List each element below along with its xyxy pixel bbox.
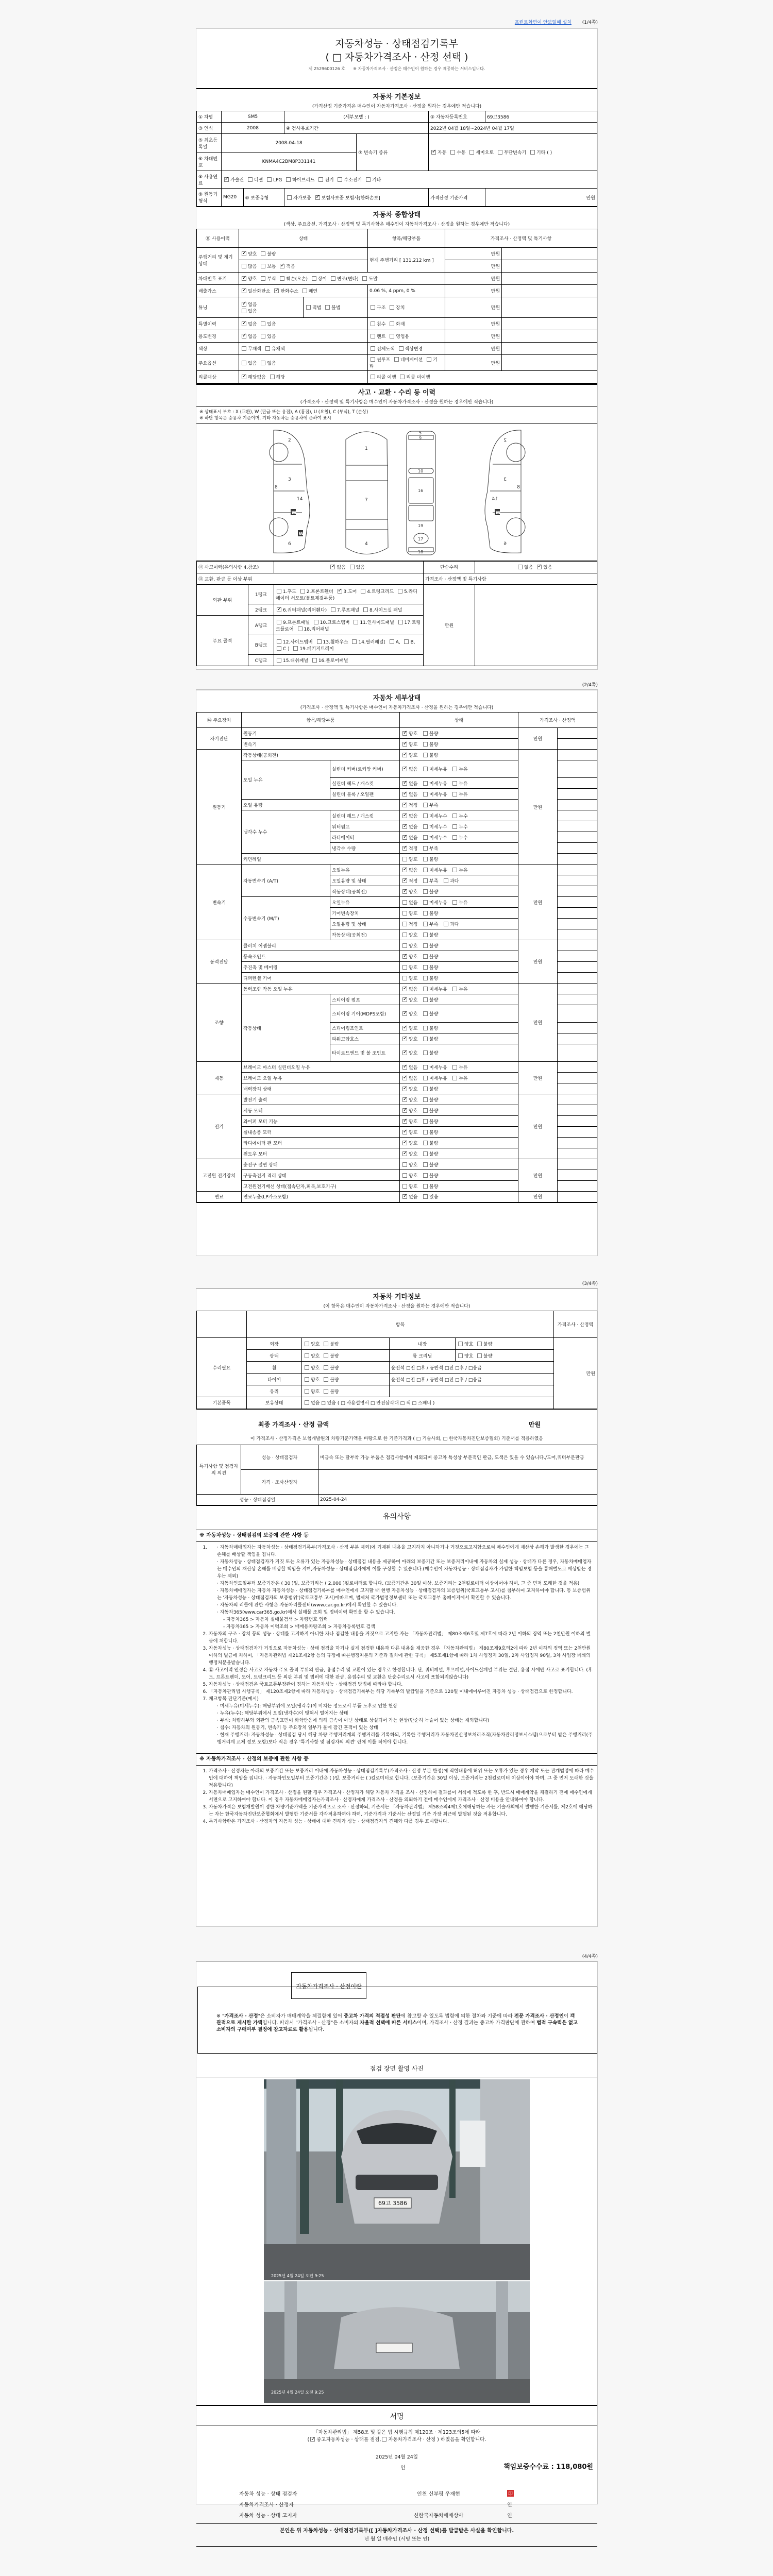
checkbox[interactable] [286, 177, 291, 182]
checkbox[interactable] [423, 1011, 428, 1016]
checkbox[interactable] [280, 264, 284, 268]
checkbox-label: 10.크로스멤버 [320, 620, 350, 625]
checkbox[interactable] [402, 987, 407, 991]
first-reg: 2008-04-18 [222, 134, 357, 152]
checkbox[interactable] [267, 177, 272, 182]
checkbox[interactable] [402, 824, 407, 829]
accident-table: ⑫ 사고이력(유의사항 4.참조)없음 있음 단순수리없음 있음 ⑬ 교환, 판… [196, 561, 597, 667]
checkbox[interactable] [402, 1050, 407, 1055]
checkbox[interactable] [423, 911, 428, 916]
serial-note: ※ 자동차가격조사 · 산정은 매수인이 원하는 경우 제공하는 서비스입니다. [353, 66, 485, 71]
checkbox[interactable] [371, 334, 375, 338]
checkbox-label: 색상변경 [405, 347, 423, 352]
checkbox[interactable] [362, 276, 367, 281]
price-unit: 만원 [518, 865, 558, 940]
checkbox[interactable] [402, 911, 407, 916]
detail-subitem: 실린더 커버(로커암 커버) [330, 760, 400, 778]
detail-item: 동력조향 작동 오일 누유 [242, 984, 400, 994]
checkbox[interactable] [423, 792, 428, 796]
checkbox-label: 3.도어 [344, 589, 357, 595]
checkbox[interactable] [371, 305, 375, 310]
svg-text:3: 3 [288, 477, 291, 482]
checkbox[interactable] [242, 334, 246, 338]
svg-text:W: W [299, 532, 304, 537]
svg-text:19: 19 [418, 523, 423, 528]
checkbox[interactable] [402, 767, 407, 771]
checkbox[interactable] [390, 305, 394, 310]
checkbox[interactable] [452, 835, 457, 840]
checkbox[interactable] [314, 620, 318, 624]
serial-line: 제 2529600126 호 ※ 자동차가격조사 · 산정은 매수인이 원하는 … [196, 66, 597, 72]
checkbox-label: 전체도색 [377, 347, 395, 352]
checkbox[interactable] [402, 1011, 407, 1016]
checkbox[interactable] [306, 305, 311, 310]
detail-subitem: 라디에이터 [330, 832, 400, 843]
checkbox[interactable] [242, 361, 246, 365]
checkbox-label: 무단변속기 [504, 150, 526, 156]
svg-text:6: 6 [288, 541, 291, 547]
checkbox[interactable] [280, 276, 284, 281]
checkbox[interactable] [354, 620, 358, 624]
checkbox[interactable] [423, 1162, 428, 1167]
svg-text:W: W [496, 511, 501, 516]
checkbox[interactable] [402, 997, 407, 1002]
top-bar-2: (2/4쪽) [196, 681, 598, 688]
checkbox[interactable] [390, 639, 394, 644]
checkbox[interactable] [325, 305, 330, 310]
checkbox-label: 렌트 [377, 334, 385, 340]
checkbox[interactable] [298, 626, 303, 631]
checkbox[interactable] [390, 321, 394, 326]
stamp: 印 [507, 2490, 514, 2497]
checkbox-label: 14.필러패널( [358, 640, 385, 645]
checkbox[interactable] [242, 251, 246, 256]
checkbox[interactable] [423, 965, 428, 970]
checkbox[interactable] [242, 375, 246, 379]
checkbox-label: 적음 [286, 264, 295, 269]
checkbox[interactable] [537, 565, 542, 569]
checkbox[interactable] [423, 997, 428, 1002]
page-1: 자동차성능 · 상태점검기록부 ( □ 자동차가격조사 · 산정 선택 ) 제 … [196, 28, 598, 670]
checkbox[interactable] [261, 334, 265, 338]
checkbox[interactable] [518, 565, 523, 569]
detail-item: 구동축전지 격리 상태 [242, 1170, 400, 1181]
svg-text:5: 5 [419, 431, 422, 435]
checkbox[interactable] [399, 346, 404, 351]
checkbox[interactable] [261, 321, 265, 326]
checkbox-label: 리콜 미이행 [406, 375, 430, 380]
checkbox[interactable] [423, 1076, 428, 1080]
checkbox[interactable] [371, 375, 375, 379]
checkbox[interactable] [423, 1065, 428, 1070]
checkbox[interactable] [277, 639, 281, 644]
checkbox[interactable] [423, 835, 428, 840]
checkbox[interactable] [452, 767, 457, 771]
checkbox-label: 13.휠하우스 [323, 640, 348, 645]
checkbox[interactable] [402, 1194, 407, 1199]
checkbox[interactable] [402, 1065, 407, 1070]
checkbox[interactable] [423, 943, 428, 948]
checkbox-label: 기타 ( ) [536, 150, 552, 156]
page-2: 자동차 세부상태 (가격조사 · 산정액 및 특기사항은 매수인이 자동차가격조… [196, 689, 598, 1256]
checkbox[interactable] [312, 276, 316, 281]
checkbox[interactable] [242, 309, 246, 313]
checkbox[interactable] [423, 954, 428, 959]
price-unit: 만원 [445, 285, 502, 297]
engine-type: MG20 [222, 189, 243, 206]
checkbox[interactable] [338, 589, 342, 594]
inspection-photo-rear: 2025년 4월 24일 오전 9:25 [264, 2281, 530, 2403]
svg-text:18: 18 [418, 550, 423, 554]
checkbox[interactable] [423, 731, 428, 736]
checkbox[interactable] [242, 302, 246, 307]
vin: KNMA4C2BM8P331141 [222, 152, 357, 171]
detail-item: 디퍼렌셜 기어 [242, 973, 400, 984]
detail-subitem: 오일유량 및 상태 [330, 875, 400, 886]
price-unit: 만원 [518, 728, 558, 750]
detail-item: 클러치 어셈블리 [242, 940, 400, 951]
checkbox[interactable] [270, 375, 275, 379]
checkbox[interactable] [242, 346, 246, 351]
checkbox[interactable] [402, 846, 407, 851]
checkbox[interactable] [363, 607, 368, 612]
checkbox[interactable] [371, 321, 375, 326]
checkbox[interactable] [402, 878, 407, 883]
checkbox[interactable] [300, 589, 305, 594]
mileage-value: 현재 주행거리 [ 131,212 km ] [368, 248, 445, 273]
checkbox[interactable] [402, 900, 407, 905]
checkbox[interactable] [330, 565, 335, 569]
checkbox[interactable] [402, 753, 407, 757]
signature-section: 서명 「자동차관리법」 제58조 및 같은 법 시행규칙 제120조 · 제12… [196, 2405, 597, 2547]
fuel-options: 가솔린 디젤 LPG 하이브리드 전기 수소전기 기타 [222, 171, 597, 189]
overall-row-label: 주요옵션 [197, 355, 239, 371]
checkbox[interactable] [317, 639, 322, 644]
print-install-link[interactable]: 프린트화면이 안보일때 설치 [515, 20, 572, 25]
checkbox[interactable] [452, 1065, 457, 1070]
checkbox[interactable] [402, 1130, 407, 1134]
price-unit: 만원 [518, 750, 558, 865]
device-group-label: 자기진단 [197, 728, 242, 750]
checkbox[interactable] [450, 150, 455, 155]
note-item: 자동차매매업자는 매수인이 가격조사 · 산정을 원할 경우 가격조사 · 산정… [209, 1789, 594, 1804]
notes-body: ※ 자동차성능 · 상태점검의 보증에 관한 사항 등 자동차매매업자는 자동차… [196, 1526, 597, 1827]
svg-text:16: 16 [418, 488, 423, 493]
checkbox-label: 자동 [438, 150, 446, 156]
checkbox[interactable] [261, 251, 265, 256]
base-price-label: 가격산정 기준가격 [429, 189, 485, 207]
checkbox[interactable] [402, 1173, 407, 1178]
signature-law: 「자동차관리법」 제58조 및 같은 법 시행규칙 제120조 · 제123조의… [196, 2426, 597, 2436]
checkbox[interactable] [423, 933, 428, 937]
checkbox[interactable] [423, 781, 428, 786]
checkbox[interactable] [402, 1162, 407, 1167]
checkbox[interactable] [394, 357, 399, 362]
checkbox[interactable] [352, 639, 357, 644]
other-title: 자동차 기타정보 [196, 1289, 597, 1301]
checkbox[interactable] [402, 781, 407, 786]
checkbox[interactable] [261, 264, 265, 268]
checkbox[interactable] [402, 976, 407, 980]
checkbox[interactable] [331, 276, 335, 281]
overall-header-usage: ⑪ 사용이력 [197, 229, 239, 248]
checkbox-label: 변조(변타) [337, 277, 359, 282]
checkbox[interactable] [427, 357, 431, 362]
overall-row-label: 배출가스 [197, 285, 239, 297]
checkbox[interactable] [277, 607, 281, 612]
detail-subitem: 실린더 헤드 / 개스킷 [330, 778, 400, 789]
checkbox-label: A, [396, 640, 400, 645]
checkbox[interactable] [402, 889, 407, 894]
checkbox[interactable] [242, 264, 246, 268]
photo-timestamp-2: 2025년 4월 24일 오전 9:25 [271, 2389, 324, 2395]
checkbox[interactable] [402, 731, 407, 736]
checkbox[interactable] [402, 922, 407, 926]
device-group-label: 연료 [197, 1192, 242, 1202]
detail-item: 실내송풍 모터 [242, 1127, 400, 1138]
checkbox-label: 구조 [377, 306, 385, 311]
checkbox[interactable] [402, 965, 407, 970]
checkbox[interactable] [350, 565, 355, 569]
checkbox[interactable] [402, 1184, 407, 1189]
year: 2008 [222, 123, 284, 134]
checkbox-label: 2.프론트휀더 [307, 589, 333, 595]
checkbox[interactable] [423, 1097, 428, 1102]
appraisal-title: 자동차가격조사 · 산정이란 [291, 1972, 366, 1999]
checkbox[interactable] [371, 357, 375, 362]
page-number-4: (4/4쪽) [582, 1953, 598, 1959]
checkbox[interactable] [423, 1173, 428, 1178]
checkbox[interactable] [331, 607, 335, 612]
checkbox[interactable] [423, 753, 428, 757]
checkbox[interactable] [400, 375, 405, 379]
checkbox[interactable] [398, 589, 402, 594]
checkbox[interactable] [242, 276, 246, 281]
svg-text:17: 17 [418, 537, 423, 541]
detail-subitem: 작동상태(공회전) [330, 886, 400, 897]
checkbox[interactable] [402, 1097, 407, 1102]
checkbox[interactable] [423, 1119, 428, 1124]
svg-text:14: 14 [492, 497, 498, 502]
checkbox[interactable] [423, 1194, 428, 1199]
checkbox[interactable] [277, 620, 281, 624]
price-unit: 만원 [518, 1159, 558, 1192]
checkbox-label: 도말 [368, 277, 377, 282]
checkbox[interactable] [242, 321, 246, 326]
checkbox[interactable] [224, 177, 229, 182]
checkbox[interactable] [402, 814, 407, 818]
checkbox[interactable] [423, 824, 428, 829]
checkbox[interactable] [452, 824, 457, 829]
detail-subitem: 실린더 블록 / 오일팬 [330, 789, 400, 800]
other-table: 항목 가격조사 · 산정액 수리필요외장양호 불량내장양호 불량만원광택양호 불… [196, 1311, 597, 1410]
note-item: 자동차의 구조 · 장치 등의 성능 · 상태를 고지하지 아니한 자나 점검한… [209, 1631, 594, 1645]
checkbox[interactable] [402, 1087, 407, 1091]
checkbox[interactable] [423, 742, 428, 747]
checkbox[interactable] [371, 346, 375, 351]
checkbox[interactable] [402, 1108, 407, 1113]
checkbox[interactable] [423, 987, 428, 991]
document-title: 자동차성능 · 상태점검기록부 [196, 37, 597, 50]
checkbox[interactable] [431, 150, 436, 155]
checkbox-label: 침수 [377, 322, 385, 327]
signer-row: 자동차가격조사 · 산정자인 [238, 2499, 567, 2510]
appraiser-label: 가격 · 조사산정자 [241, 1469, 318, 1494]
checkbox[interactable] [398, 620, 403, 624]
sig-option-inspection-checkbox[interactable] [310, 2437, 315, 2442]
checkbox[interactable] [303, 289, 307, 293]
detail-header-price: 가격조사 · 산정액 [518, 713, 597, 728]
checkbox-label: 해당없음 [248, 375, 266, 380]
checkbox[interactable] [402, 1037, 407, 1041]
checkbox-label: 수동 [457, 150, 465, 156]
checkbox[interactable] [452, 781, 457, 786]
checkbox[interactable] [423, 857, 428, 861]
checkbox[interactable] [366, 177, 371, 182]
checkbox[interactable] [402, 857, 407, 861]
checkbox[interactable] [444, 922, 448, 926]
checkbox[interactable] [423, 846, 428, 851]
checkbox-label: 적법 [312, 306, 321, 311]
checkbox[interactable] [402, 835, 407, 840]
engine-label: ⑨ 원동기형식 [197, 189, 222, 207]
checkbox[interactable] [402, 1076, 407, 1080]
checkbox[interactable] [242, 289, 246, 293]
detail-subitem: 오일누유 [330, 865, 400, 875]
checkbox[interactable] [423, 868, 428, 872]
checkbox[interactable] [277, 646, 281, 651]
svg-text:1: 1 [365, 446, 368, 451]
notes-list-1: 자동차매매업자는 자동차성능 · 상태점검기록부(가격조사 · 산정 부분 제외… [199, 1544, 594, 1746]
checkbox[interactable] [423, 878, 428, 883]
checkbox[interactable] [277, 658, 281, 663]
checkbox-label: 리콜 이행 [377, 375, 396, 380]
other-header-price: 가격조사 · 산정액 [554, 1311, 597, 1338]
trans-options: 자동 수동 세미오토 무단변속기 기타 ( ) [429, 134, 597, 171]
checkbox-label: 수소전기 [344, 178, 362, 183]
svg-text:6: 6 [503, 541, 507, 547]
checkbox[interactable] [402, 1119, 407, 1124]
checkbox[interactable] [361, 589, 365, 594]
checkbox[interactable] [423, 889, 428, 894]
checkbox[interactable] [423, 814, 428, 818]
checkbox[interactable] [402, 1151, 407, 1156]
price-unit: 만원 [445, 273, 502, 285]
checkbox[interactable] [423, 1184, 428, 1189]
note-item: 「자동차관리법 시행규칙」 제120조제2항에 따라 자동차성능 · 상태점검기… [209, 1688, 594, 1696]
checkbox[interactable] [469, 150, 474, 155]
checkbox[interactable] [423, 1130, 428, 1134]
checkbox[interactable] [312, 658, 317, 663]
checkbox[interactable] [402, 933, 407, 937]
checkbox[interactable] [274, 289, 279, 293]
checkbox[interactable] [452, 814, 457, 818]
checkbox[interactable] [402, 792, 407, 796]
checkbox-label: 8.사이드실 패널 [369, 608, 402, 613]
checkbox[interactable] [423, 1087, 428, 1091]
checkbox[interactable] [402, 742, 407, 747]
svg-text:4: 4 [365, 541, 368, 547]
sig-option-appraisal-checkbox[interactable] [382, 2437, 386, 2442]
checkbox[interactable] [261, 361, 265, 365]
device-group-label: 제동 [197, 1062, 242, 1094]
checkbox[interactable] [530, 150, 535, 155]
checkbox-label: 장치 [396, 306, 405, 311]
checkbox[interactable] [423, 1037, 428, 1041]
checkbox[interactable] [287, 195, 292, 200]
checkbox[interactable] [402, 1141, 407, 1145]
checkbox[interactable] [452, 1076, 457, 1080]
price-unit: 만원 [518, 1062, 558, 1094]
price-unit: 만원 [518, 984, 558, 1062]
checkbox[interactable] [423, 1151, 428, 1156]
checkbox[interactable] [423, 900, 428, 905]
checkbox[interactable] [265, 346, 270, 351]
page-number: (1/4쪽) [582, 19, 598, 25]
note-item: 자동차성능 · 상태점검자가 거짓으로 자동차성능 · 상태 점검을 하거나 실… [209, 1645, 594, 1667]
checkbox[interactable] [423, 767, 428, 771]
checkbox[interactable] [452, 987, 457, 991]
checkbox[interactable] [423, 1108, 428, 1113]
device-group-label: 변속기 [197, 865, 242, 940]
checkbox[interactable] [402, 803, 407, 807]
detail-subitem: 스티어링 기어(MDPS포함) [330, 1005, 400, 1023]
legend-line-1: ※ 상태표시 부호 : X (교환), W (판금 또는 용접), A (흠집)… [199, 409, 594, 415]
checkbox[interactable] [402, 943, 407, 948]
checkbox[interactable] [248, 177, 253, 182]
device-group-label: 전기 [197, 1094, 242, 1159]
detail-subitem: 작동상태(공회전) [330, 929, 400, 940]
top-bar-3: (3/4쪽) [196, 1280, 598, 1287]
checkbox[interactable] [315, 195, 320, 200]
detail-header-item: 항목/해당부품 [242, 713, 400, 728]
checkbox[interactable] [423, 922, 428, 926]
checkbox[interactable] [423, 1050, 428, 1055]
svg-text:9: 9 [419, 436, 422, 440]
checkbox-label: 양호 [248, 277, 257, 282]
checkbox[interactable] [423, 1141, 428, 1145]
rank-label: C랭크 [248, 655, 274, 666]
device-group-label: 동력전달 [197, 940, 242, 984]
checkbox[interactable] [277, 589, 281, 594]
checkbox[interactable] [423, 976, 428, 980]
photo-timestamp-1: 2025년 4월 24일 오전 9:25 [271, 2273, 324, 2278]
checkbox[interactable] [452, 792, 457, 796]
detail-item: 수동변속기 (M/T) [242, 897, 330, 940]
checkbox[interactable] [402, 1026, 407, 1030]
detail-item: 작동상태 [242, 994, 330, 1062]
checkbox-label: 11.인사이드패널 [360, 620, 394, 625]
detail-item: 커먼레일 [242, 854, 400, 865]
checkbox[interactable] [402, 954, 407, 959]
checkbox[interactable] [402, 868, 407, 872]
checkbox[interactable] [293, 646, 298, 651]
svg-text:W: W [292, 511, 297, 516]
checkbox[interactable] [452, 868, 457, 872]
svg-text:8: 8 [275, 485, 278, 490]
checkbox[interactable] [452, 900, 457, 905]
checkbox[interactable] [423, 1026, 428, 1030]
checkbox[interactable] [498, 150, 502, 155]
price-unit: 만원 [445, 248, 502, 260]
checkbox[interactable] [261, 276, 265, 281]
checkbox[interactable] [318, 177, 323, 182]
checkbox[interactable] [338, 177, 342, 182]
checkbox[interactable] [423, 803, 428, 807]
checkbox[interactable] [444, 878, 448, 883]
checkbox[interactable] [404, 639, 409, 644]
checkbox[interactable] [390, 334, 394, 338]
